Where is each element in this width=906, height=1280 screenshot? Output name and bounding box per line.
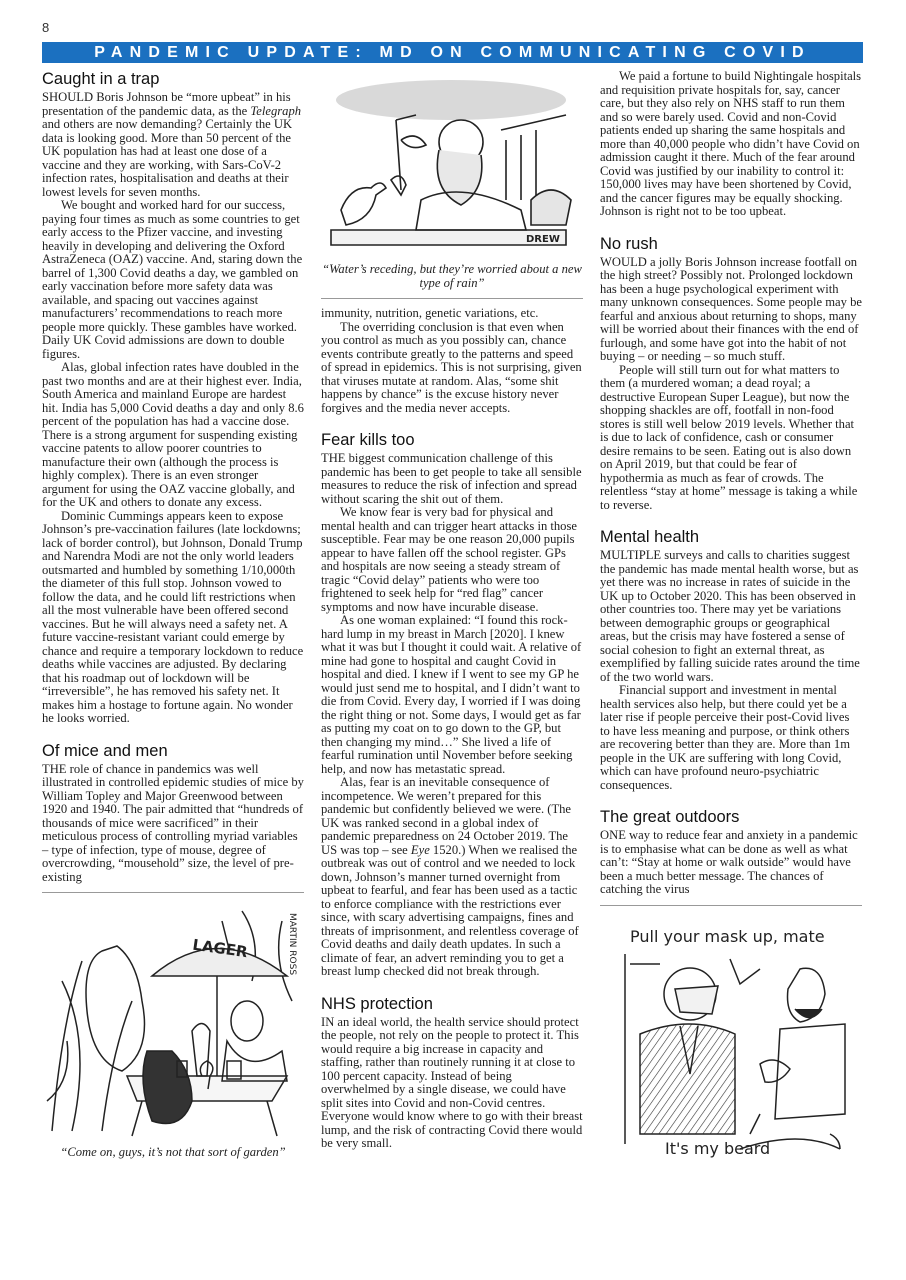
- paragraph: We know fear is very bad for physical an…: [321, 506, 583, 614]
- cartoon-noah-ark-illustration: DREW: [321, 70, 583, 258]
- paragraph: We paid a fortune to build Nightingale h…: [600, 70, 862, 219]
- svg-text:Pull your mask up, mate: Pull your mask up, mate: [630, 927, 825, 946]
- paragraph: THE biggest communication challenge of t…: [321, 452, 583, 506]
- column-3: We paid a fortune to build Nightingale h…: [600, 70, 862, 1164]
- paragraph: As one woman explained: “I found this ro…: [321, 614, 583, 776]
- section-heading-nhs-protection: NHS protection: [321, 995, 583, 1014]
- section-heading-mental-health: Mental health: [600, 528, 862, 547]
- paragraph: MULTIPLE surveys and calls to charities …: [600, 549, 862, 684]
- column-1: Caught in a trap SHOULD Boris Johnson be…: [42, 70, 304, 1159]
- paragraph: People will still turn out for what matt…: [600, 364, 862, 513]
- section-heading-no-rush: No rush: [600, 235, 862, 254]
- section-banner: PANDEMIC UPDATE: MD ON COMMUNICATING COV…: [42, 42, 863, 63]
- divider: [42, 892, 304, 893]
- page-number: 8: [42, 20, 49, 35]
- paragraph: We bought and worked hard for our succes…: [42, 199, 304, 361]
- paragraph: Alas, global infection rates have double…: [42, 361, 304, 510]
- paragraph: Financial support and investment in ment…: [600, 684, 862, 792]
- divider: [321, 298, 583, 299]
- paragraph: Dominic Cummings appears keen to expose …: [42, 510, 304, 726]
- section-heading-the-great-outdoors: The great outdoors: [600, 808, 862, 827]
- paragraph: immunity, nutrition, genetic variations,…: [321, 307, 583, 321]
- svg-text:MARTIN ROSS: MARTIN ROSS: [287, 913, 297, 975]
- paragraph: IN an ideal world, the health service sh…: [321, 1016, 583, 1151]
- column-2: DREW “Water’s receding, but they’re worr…: [321, 70, 583, 1151]
- cartoon-caption: “Water’s receding, but they’re worried a…: [321, 262, 583, 290]
- section-heading-fear-kills-too: Fear kills too: [321, 431, 583, 450]
- section-heading-caught-in-a-trap: Caught in a trap: [42, 70, 304, 89]
- paragraph: WOULD a jolly Boris Johnson increase foo…: [600, 256, 862, 364]
- paragraph: Alas, fear is an inevitable consequence …: [321, 776, 583, 979]
- paragraph: ONE way to reduce fear and anxiety in a …: [600, 829, 862, 897]
- paragraph: THE role of chance in pandemics was well…: [42, 763, 304, 885]
- cartoon-mask-beard-illustration: Pull your mask up, mate It's my beard: [600, 914, 862, 1164]
- paragraph: SHOULD Boris Johnson be “more upbeat” in…: [42, 91, 304, 199]
- svg-text:DREW: DREW: [526, 234, 560, 245]
- svg-text:It's my beard: It's my beard: [665, 1139, 770, 1158]
- cartoon-garden-lager-illustration: LAGER MARTIN ROSS: [42, 901, 304, 1141]
- cartoon-caption: “Come on, guys, it’s not that sort of ga…: [42, 1145, 304, 1159]
- section-heading-of-mice-and-men: Of mice and men: [42, 742, 304, 761]
- divider: [600, 905, 862, 906]
- paragraph: The overriding conclusion is that even w…: [321, 321, 583, 416]
